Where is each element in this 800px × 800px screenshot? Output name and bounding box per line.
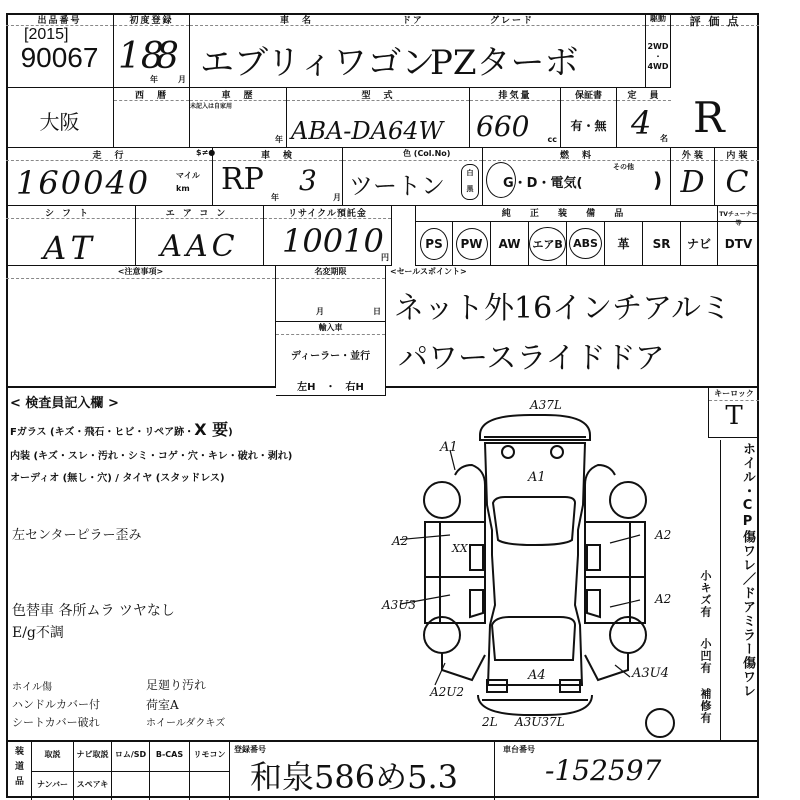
hand-note-wheel: ホイル傷 xyxy=(12,678,52,693)
equipment-row: PS PW AW エアB ABS 革 SR ナビ DTV xyxy=(415,222,759,266)
accessory-spare-key: スペアキー xyxy=(74,772,112,800)
fuel-options: G・D・電気( xyxy=(503,172,582,191)
fuel-small-bottom: 黒 xyxy=(462,184,478,194)
plate-value: 和泉586め5.3 xyxy=(250,752,458,798)
capacity-unit: 名 xyxy=(660,133,668,144)
mileage-value: 160040 xyxy=(16,164,150,202)
score-cell: 評 価 点 R xyxy=(671,13,759,148)
displacement-cell: 排気量 660 cc xyxy=(469,88,561,148)
equipment-navi-label: ナビ xyxy=(687,235,711,252)
exterior-label: 外 装 xyxy=(671,148,714,161)
shift-value: AT xyxy=(6,229,135,267)
hand-note-cargo: 荷室A xyxy=(146,696,179,713)
score-value: R xyxy=(693,93,725,142)
hand-note-undercarriage: 足廻り汚れ xyxy=(146,676,206,693)
ac-label: エアコン xyxy=(136,206,263,219)
accessory-bcas: B-CAS xyxy=(150,742,190,771)
equipment-sr: SR xyxy=(642,222,680,265)
capacity-value: 4 xyxy=(631,104,651,142)
keylock-label: キーロック xyxy=(709,388,759,401)
interior-label: 内 装 xyxy=(715,148,759,161)
warranty-options: 有・無 xyxy=(561,117,616,134)
accessory-remote: リモコン xyxy=(190,742,230,771)
label-right-front-door: A2 xyxy=(655,528,671,542)
lot-label: 出品番号 xyxy=(6,13,113,26)
recycle-cell: リサイクル預託金 10010 円 xyxy=(264,206,392,266)
label-left-front-door-mark: XX xyxy=(452,542,468,555)
label-rear-left: 2L xyxy=(482,715,498,729)
first-reg-label: 初度登録 xyxy=(114,13,189,26)
equipment-pw: PW xyxy=(452,222,490,265)
drive-4wd: 4WD xyxy=(646,62,670,71)
sales-point-line2: パワースライドドア xyxy=(398,333,759,377)
hand-note-wheel-scratch: ホイールダクキズ xyxy=(146,714,225,729)
displacement-value: 660 xyxy=(476,110,529,143)
caution-label: <注意事項> xyxy=(6,266,275,279)
car-name-cell: 車 名 ドア グレード エブリィワゴン PZターボ xyxy=(190,13,645,88)
transfer-deadline-label: 名変期限 xyxy=(276,266,385,279)
accessory-label-cell: 装道品 xyxy=(6,742,32,800)
tv-tuner-header: TVチューナー等 xyxy=(717,206,759,222)
model-value: ABA-DA64W xyxy=(291,117,469,145)
recycle-unit: 円 xyxy=(381,252,389,263)
label-left-front-fender: A1 xyxy=(440,440,458,455)
sales-point-line1: ネット外16インチアルミ xyxy=(394,283,759,327)
vertical-note-dent: 小凹有 xyxy=(697,638,713,674)
mileage-unit-km: km xyxy=(176,184,190,193)
door-label: ドア xyxy=(402,13,424,26)
equipment-dtv: DTV xyxy=(717,222,759,265)
equipment-aw: AW xyxy=(490,222,528,265)
equipment-abs-label: ABS xyxy=(569,228,602,259)
car-name: エブリィワゴン xyxy=(200,35,435,84)
history-unit: 年 xyxy=(275,134,283,145)
keylock-cell: キーロック T xyxy=(708,388,759,438)
western-year-cell: 西 暦 xyxy=(114,88,190,148)
dealer-label: ディーラー・並行 xyxy=(276,347,385,362)
equipment-label: 純 正 装 備 品 xyxy=(416,206,717,219)
warranty-cell: 保証書 有・無 xyxy=(561,88,617,148)
fuel-small-box: 白 黒 xyxy=(461,164,479,200)
equipment-aw-label: AW xyxy=(499,237,521,251)
label-hood: A1 xyxy=(528,470,546,485)
capacity-cell: 定 員 4 名 xyxy=(617,88,671,148)
label-right-rear-quarter: A3U4 xyxy=(632,666,669,681)
vertical-note-repair: 補修有 xyxy=(697,688,713,724)
exterior-cell: 外 装 D xyxy=(671,148,715,206)
model-label: 型 式 xyxy=(287,88,469,101)
mileage-cell: 走 行 160040 マイル km $≠● xyxy=(6,148,213,206)
ac-cell: エアコン AAC xyxy=(136,206,264,266)
label-rear-gate: A4 xyxy=(528,668,546,683)
glass-x-mark: X 要 xyxy=(194,420,228,439)
fuel-small-top: 白 xyxy=(462,168,478,178)
sales-point-label: <セールスポイント> xyxy=(386,266,759,277)
caution-cell: <注意事項> xyxy=(6,266,276,388)
first-reg-cell: 初度登録 18 年 8 月 xyxy=(114,13,190,88)
equipment-abs: ABS xyxy=(566,222,604,265)
equipment-header: 純 正 装 備 品 xyxy=(415,206,717,222)
shift-cell: シフト AT xyxy=(6,206,136,266)
fuel-cell: 燃 料 G・D・電気( その他 ) xyxy=(483,148,671,206)
ac-value: AAC xyxy=(136,229,263,264)
score-label: 評 価 点 xyxy=(671,13,759,26)
equipment-navi: ナビ xyxy=(680,222,717,265)
label-left-rear-quarter: A2U2 xyxy=(430,685,464,699)
lot-cell: 出品番号 [2015] 90067 xyxy=(6,13,114,88)
import-label: 輸入車 xyxy=(276,322,385,335)
fuel-close: ) xyxy=(653,168,662,192)
accessory-empty-3 xyxy=(190,772,230,800)
warranty-label: 保証書 xyxy=(561,88,616,101)
inspection-year-unit: 年 xyxy=(271,192,279,203)
interior-cell: 内 装 C xyxy=(715,148,759,206)
accessory-manual: 取説 xyxy=(32,742,74,771)
accessory-empty-1 xyxy=(112,772,150,800)
accessory-plate: ナンバー xyxy=(32,772,74,800)
label-left-rear-door: A3U3 xyxy=(382,598,416,612)
side-notes: ホイル・CP傷ワレ／ドアミラー傷ワレ 小キズ有 小凹有 補修有 xyxy=(720,440,759,740)
label-left-front-door: A2 xyxy=(392,534,408,548)
drive-2wd: 2WD xyxy=(646,42,670,51)
accessory-label: 装道品 xyxy=(12,746,25,791)
label-front-bumper: A37L xyxy=(530,398,562,412)
hand-note-pillar: 左センターピラー歪み xyxy=(12,524,141,543)
grade-label: グレード xyxy=(490,13,534,26)
deadline-day-label: 日 xyxy=(373,306,381,317)
vertical-note-main: ホイル・CP傷ワレ／ドアミラー傷ワレ xyxy=(738,442,757,738)
fuel-label: 燃 料 xyxy=(483,148,670,161)
deadline-month-label: 月 xyxy=(316,306,324,317)
equipment-airbag: エアB xyxy=(528,222,566,265)
glass-line-text: Fガラス (キズ・飛石・ヒビ・リペア跡・ xyxy=(10,427,194,438)
label-right-rear-door: A2 xyxy=(655,592,671,606)
venue: 大阪 xyxy=(6,106,113,135)
label-rear-bumper: A3U37L xyxy=(515,715,565,729)
equipment-pw-label: PW xyxy=(456,228,488,260)
inspection-value: RP xyxy=(221,162,264,197)
drive-separator: ・ xyxy=(646,51,670,62)
hand-note-repaint: 色替車 各所ムラ ツヤなし xyxy=(12,600,175,620)
drive-cell: 駆動 2WD ・ 4WD xyxy=(645,13,671,88)
accessory-empty-2 xyxy=(150,772,190,800)
plate-cell: 登録番号 和泉586め5.3 xyxy=(230,742,495,800)
recycle-label: リサイクル預託金 xyxy=(264,206,391,219)
shift-label: シフト xyxy=(6,206,135,219)
mileage-unit-mile: マイル xyxy=(176,170,200,181)
first-reg-month: 8 xyxy=(156,36,179,77)
equipment-airbag-label: エアB xyxy=(529,227,565,261)
equipment-sr-label: SR xyxy=(653,237,671,251)
history-note: 未記入は自家用 xyxy=(190,101,286,110)
hand-note-seat-cover: シートカバー破れ xyxy=(12,714,100,730)
model-cell: 型 式 ABA-DA64W xyxy=(287,88,469,148)
inspection-month-unit: 月 xyxy=(333,192,341,203)
footer: 装道品 取説 ナビ取説 ロム/SD B-CAS リモコン ナンバー スペアキー … xyxy=(6,740,759,798)
lot-number: 90067 xyxy=(6,44,113,72)
first-reg-month-unit: 月 xyxy=(178,74,186,85)
equipment-dtv-label: DTV xyxy=(725,237,752,251)
car-name-label: 車 名 xyxy=(280,13,313,26)
glass-line-close: ) xyxy=(228,427,233,438)
recycle-value: 10010 xyxy=(282,222,384,260)
history-label: 車 歴 xyxy=(190,88,286,101)
hand-note-handle-cover: ハンドルカバー付 xyxy=(12,696,100,712)
drive-label: 駆動 xyxy=(646,13,670,26)
chassis-cell: 車台番号 -152597 xyxy=(495,742,759,800)
fuel-other-label: その他 xyxy=(613,162,634,172)
equipment-ps-label: PS xyxy=(420,228,447,260)
inspection-cell: 車 検 RP 年 3 月 xyxy=(213,148,343,206)
chassis-value: -152597 xyxy=(545,754,661,787)
grade: PZターボ xyxy=(430,35,579,84)
accessory-rom-sd: ロム/SD xyxy=(112,742,150,771)
displacement-label: 排気量 xyxy=(470,88,560,101)
hand-note-engine: E/g不調 xyxy=(12,622,64,642)
vertical-note-scratch: 小キズ有 xyxy=(697,570,713,618)
western-year-label: 西 暦 xyxy=(114,88,189,101)
accessory-navi-manual: ナビ取説 xyxy=(74,742,112,771)
color-label: 色 (Col.No) xyxy=(343,148,482,161)
displacement-unit: cc xyxy=(548,135,557,144)
equipment-ps: PS xyxy=(415,222,452,265)
history-cell: 車 歴 未記入は自家用 年 xyxy=(190,88,287,148)
color-value: ツートン xyxy=(349,166,445,201)
color-cell: 色 (Col.No) ツートン 白 黒 xyxy=(343,148,483,206)
inspection-label: 車 検 xyxy=(213,148,342,161)
equipment-leather-label: 革 xyxy=(618,235,630,252)
mileage-label: 走 行 xyxy=(6,148,212,161)
keylock-value: T xyxy=(709,401,759,431)
sales-point-cell: <セールスポイント> ネット外16インチアルミ パワースライドドア xyxy=(386,266,759,388)
interior-value: C xyxy=(715,165,759,200)
import-cell: 輸入車 ディーラー・並行 左H ・ 右H xyxy=(276,322,386,396)
transfer-deadline-cell: 名変期限 月 日 xyxy=(276,266,386,322)
exterior-value: D xyxy=(671,165,714,200)
venue-cell: 大阪 xyxy=(6,88,114,148)
equipment-leather: 革 xyxy=(604,222,642,265)
capacity-label: 定 員 xyxy=(617,88,671,101)
inspection-month: 3 xyxy=(299,164,317,197)
accessory-grid: 取説 ナビ取説 ロム/SD B-CAS リモコン ナンバー スペアキー xyxy=(32,742,230,800)
